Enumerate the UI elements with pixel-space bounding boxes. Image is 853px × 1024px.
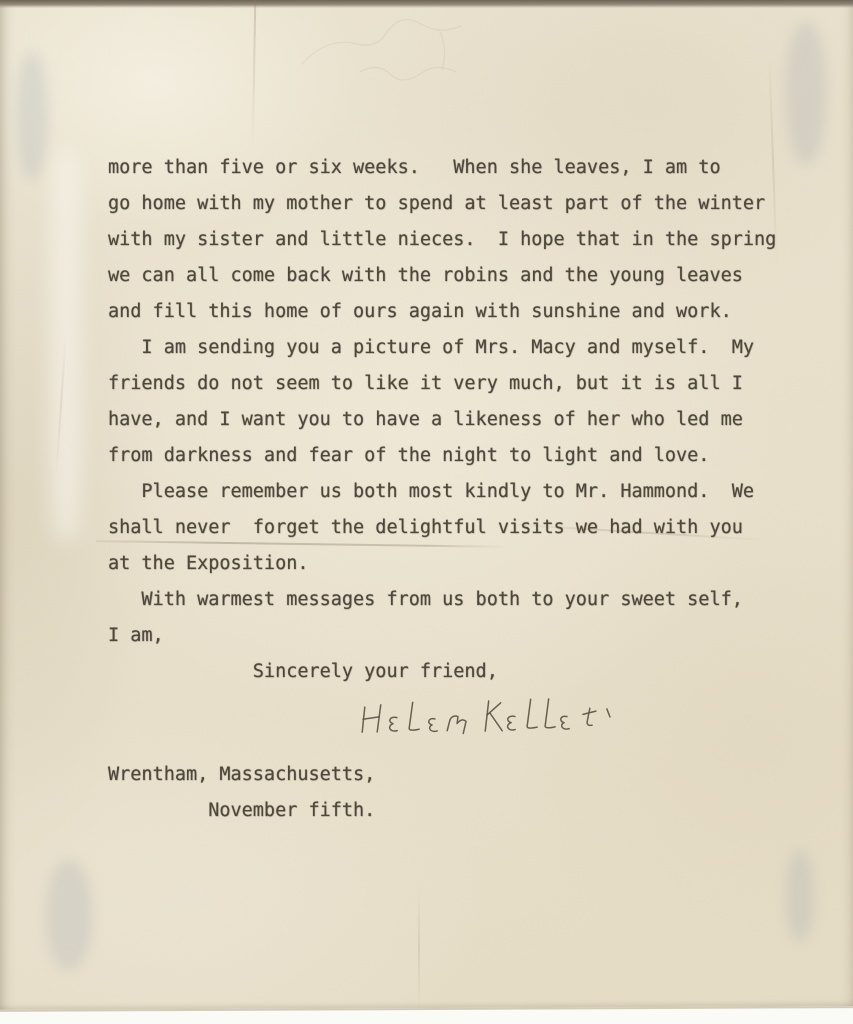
scanned-letter-page: more than five or six weeks. When she le…: [0, 0, 853, 1024]
typed-line: friends do not seem to like it very much…: [108, 366, 776, 402]
crease-top-vertical: [252, 0, 257, 148]
helen-keller-signature: [355, 694, 624, 745]
typed-line: with my sister and little nieces. I hope…: [108, 222, 776, 258]
typed-line-valediction: Sincerely your friend,: [108, 654, 776, 690]
typed-line: more than five or six weeks. When she le…: [108, 150, 776, 186]
typed-line: Please remember us both most kindly to M…: [108, 474, 776, 510]
scan-background-bottom: [0, 1006, 853, 1024]
typed-line: I am,: [108, 618, 776, 654]
ink-smudge-bottom-right: [786, 850, 814, 942]
crease-bottom-vertical: [418, 888, 420, 1008]
typed-line: and fill this home of ours again with su…: [108, 294, 776, 330]
typed-line: go home with my mother to spend at least…: [108, 186, 776, 222]
ink-smudge-top-left: [16, 52, 48, 180]
typed-line: I am sending you a picture of Mrs. Macy …: [108, 330, 776, 366]
typed-line: have, and I want you to have a likeness …: [108, 402, 776, 438]
typed-line: from darkness and fear of the night to l…: [108, 438, 776, 474]
letter-closing: Wrentham, Massachusetts, November fifth.: [108, 757, 375, 829]
letter-body: more than five or six weeks. When she le…: [108, 150, 776, 690]
typed-line: we can all come back with the robins and…: [108, 258, 776, 294]
ink-smudge-top-right: [786, 22, 826, 164]
pencil-scribble: [290, 12, 540, 92]
typed-line: shall never forget the delightful visits…: [108, 510, 776, 546]
typed-line-date: November fifth.: [108, 793, 375, 829]
typed-line: at the Exposition.: [108, 546, 776, 582]
scanner-edge-top: [0, 0, 853, 8]
typed-line-place: Wrentham, Massachusetts,: [108, 757, 375, 793]
ink-smudge-bottom-left: [46, 860, 92, 970]
paper-light-streak: [50, 150, 82, 540]
typed-line: With warmest messages from us both to yo…: [108, 582, 776, 618]
